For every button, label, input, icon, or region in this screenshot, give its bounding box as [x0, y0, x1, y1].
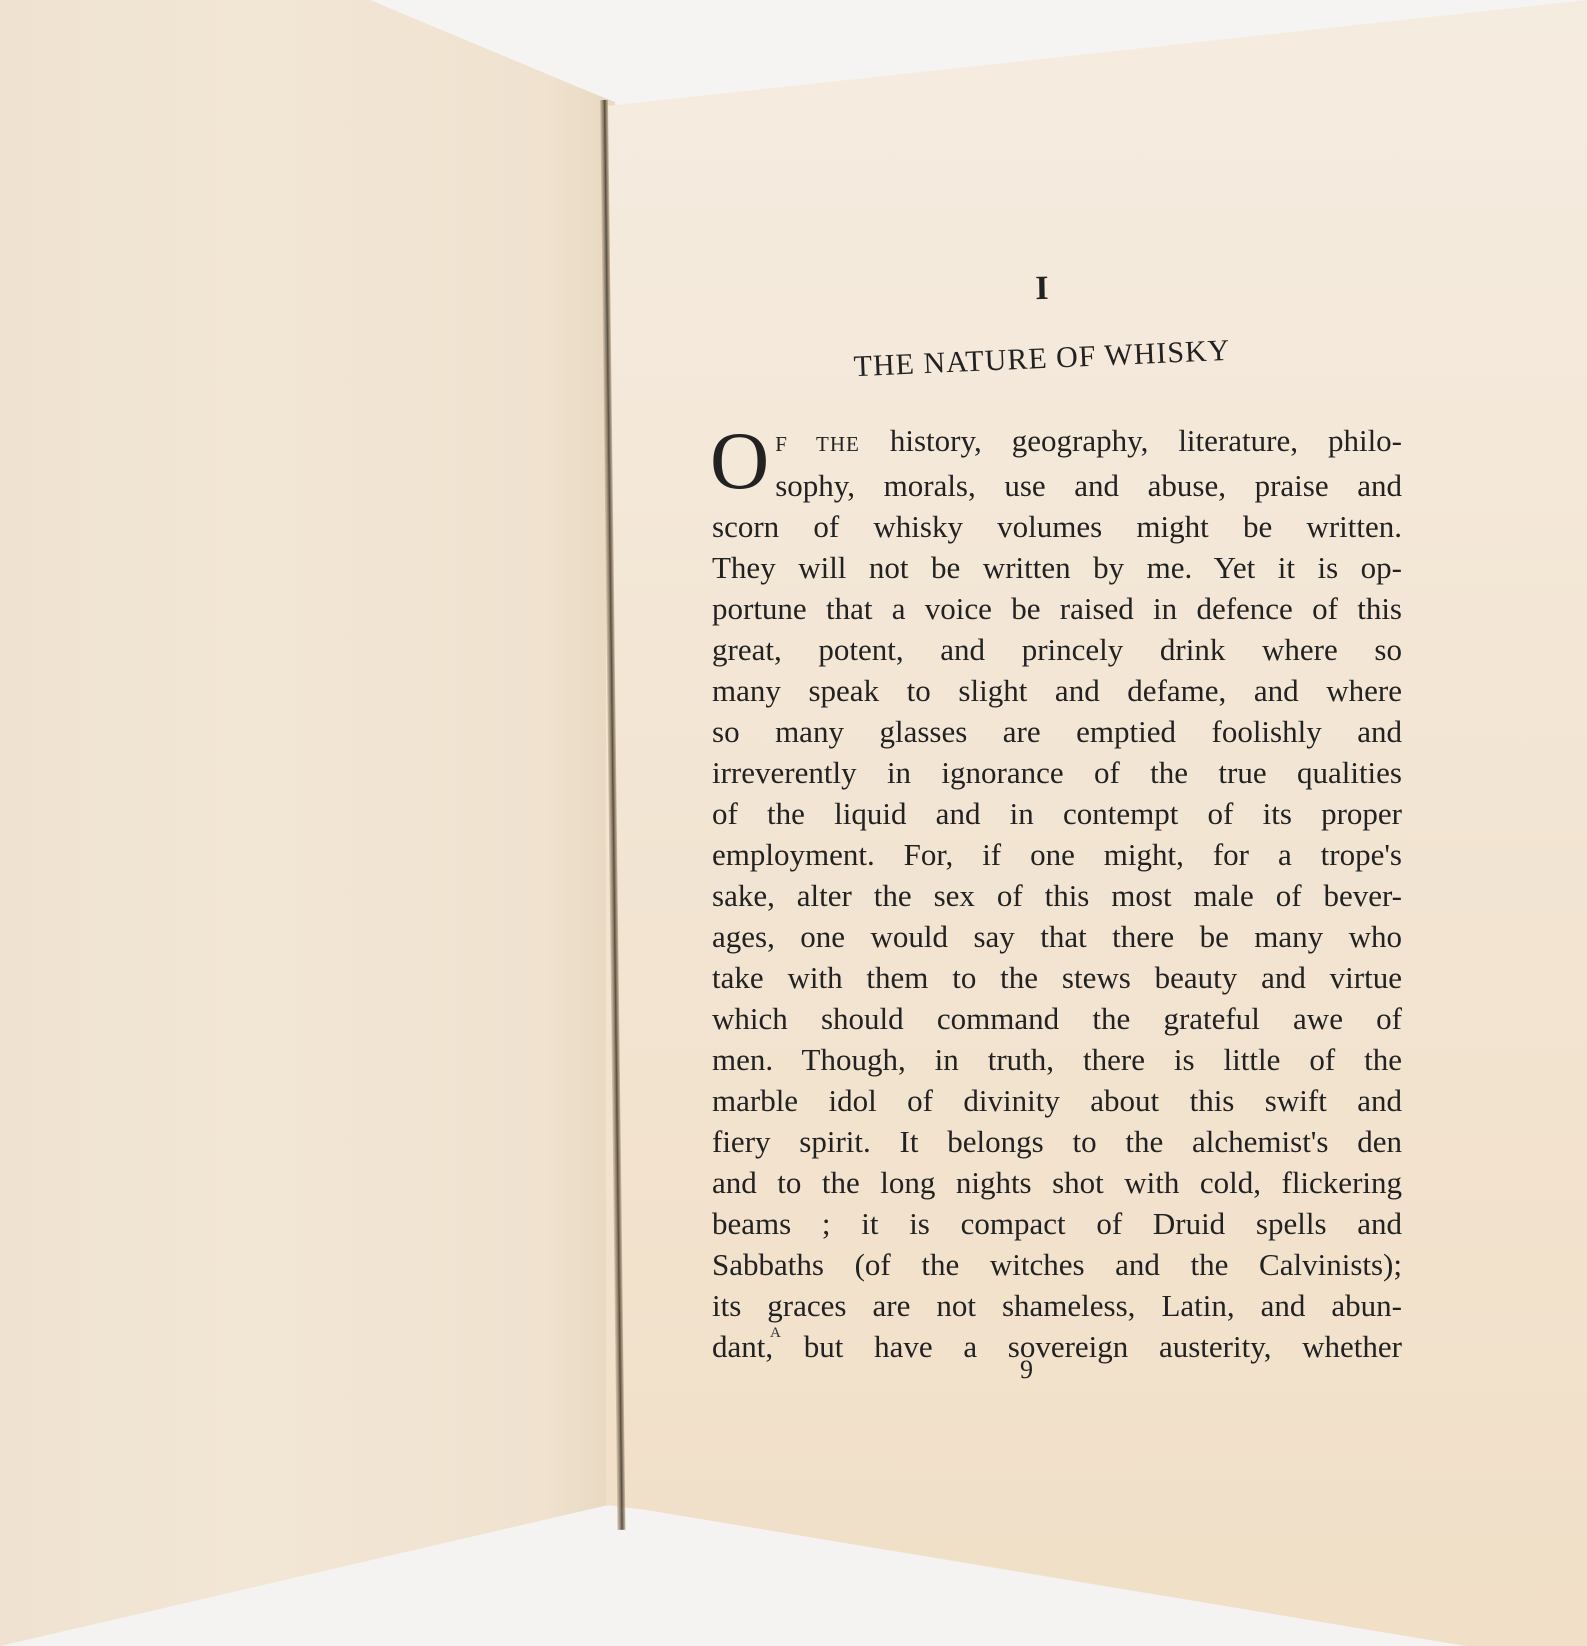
text-line: beams ; it is compact of Druid spells an… — [712, 1203, 1402, 1244]
text-line: scorn of whisky volumes might be written… — [712, 506, 1402, 547]
signature-mark: A — [770, 1325, 781, 1342]
text-line: They will not be written by me. Yet it i… — [712, 547, 1402, 588]
text-line: sophy, morals, use and abuse, praise and — [712, 465, 1402, 506]
drop-cap: O — [710, 426, 769, 496]
lead-smallcaps: F THE — [775, 432, 860, 456]
page-content: I THE NATURE OF WHISKY O F THE history, … — [712, 270, 1392, 1367]
body-text: O F THE history, geography, literature, … — [712, 420, 1392, 1367]
chapter-number: I — [692, 264, 1393, 314]
text-line: ages, one would say that there be many w… — [712, 916, 1402, 957]
text-line: sake, alter the sex of this most male of… — [712, 875, 1402, 916]
text-line: portune that a voice be raised in defenc… — [712, 588, 1402, 629]
text-line: so many glasses are emptied foolishly an… — [712, 711, 1402, 752]
text-line: irreverently in ignorance of the true qu… — [712, 752, 1402, 793]
text-line: men. Though, in truth, there is little o… — [712, 1039, 1402, 1080]
text-line: which should command the grateful awe of — [712, 998, 1402, 1039]
text-line: and to the long nights shot with cold, f… — [712, 1162, 1402, 1203]
page-number: 9 — [1020, 1355, 1033, 1385]
text-line: employment. For, if one might, for a tro… — [712, 834, 1402, 875]
text-line: of the liquid and in contempt of its pro… — [712, 793, 1402, 834]
chapter-title: THE NATURE OF WHISKY — [692, 327, 1393, 392]
text-line: Sabbaths (of the witches and the Calvini… — [712, 1244, 1402, 1285]
text-line: many speak to slight and defame, and whe… — [712, 670, 1402, 711]
text-line: dant, but have a sovereign austerity, wh… — [712, 1326, 1402, 1367]
text-line: marble idol of divinity about this swift… — [712, 1080, 1402, 1121]
text-line: take with them to the stews beauty and v… — [712, 957, 1402, 998]
text-line: great, potent, and princely drink where … — [712, 629, 1402, 670]
left-page-blank — [0, 0, 640, 1646]
text-line: F THE history, geography, literature, ph… — [712, 420, 1402, 465]
text-line: its graces are not shameless, Latin, and… — [712, 1285, 1402, 1326]
text-line: fiery spirit. It belongs to the alchemis… — [712, 1121, 1402, 1162]
